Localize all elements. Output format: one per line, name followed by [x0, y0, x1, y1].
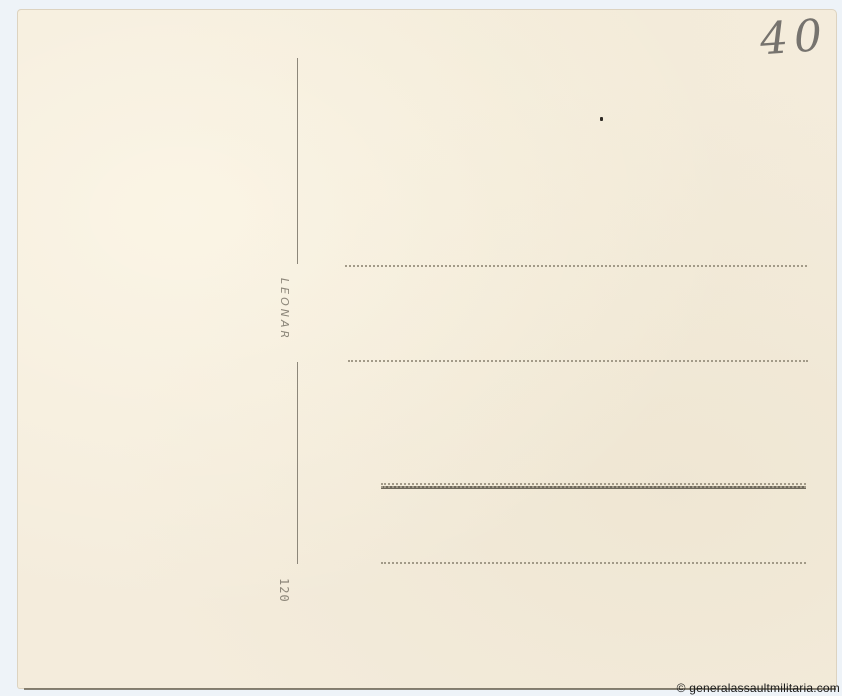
- serial-number-label: 120: [277, 578, 291, 603]
- address-line-1: [345, 265, 807, 267]
- postcard-back: 40 LEONAR 120: [18, 10, 836, 688]
- paper-brand-label: LEONAR: [278, 278, 291, 341]
- address-line-4: [381, 562, 806, 564]
- divider-line-lower: [297, 362, 298, 564]
- handwritten-pencil-number: 40: [758, 10, 829, 66]
- copyright-watermark: © generalassaultmilitaria.com: [677, 681, 840, 695]
- address-underline-solid: [381, 486, 806, 489]
- paper-speck: [600, 117, 603, 121]
- address-line-3: [381, 483, 806, 485]
- divider-line-upper: [297, 58, 298, 264]
- address-line-2: [348, 360, 808, 362]
